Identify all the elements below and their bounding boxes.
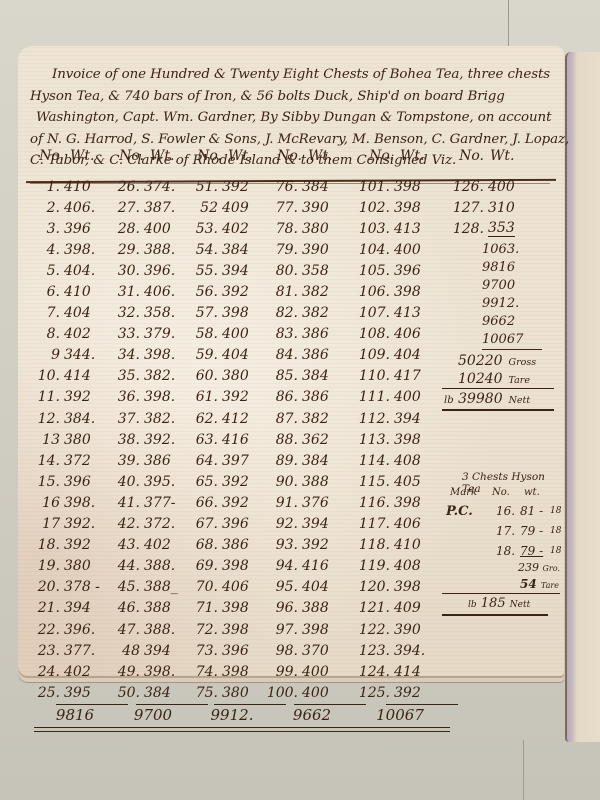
chest-weight: 412 [222,411,249,427]
chest-no: 6. [30,284,64,300]
column-header-wt: Wt. [308,148,332,172]
chest-no: 106. [350,284,394,300]
chest-weight: 409 [394,600,421,616]
column-header-wt: Wt. [228,148,252,172]
chest-no: 84. [266,347,302,363]
chest-weight: 400 [222,326,249,342]
chest-no: 82. [266,305,302,321]
chest-weight: 398 [222,600,249,616]
chest-no: 77. [266,200,302,216]
chest-weight: 377. [64,643,95,659]
chest-weight: 390 [302,242,329,258]
chest-no: 28. [106,221,144,237]
chest-weight: 406 [222,579,249,595]
lot-tare: 18 [550,526,561,536]
chest-no: 11. [30,389,64,405]
chest-no: 110. [350,368,394,384]
chest-weight: 358. [144,305,175,321]
chest-weight: 362 [302,432,329,448]
chest-no: 76. [266,179,302,195]
chest-weight: 410 [394,537,421,553]
chest-no: 1. [30,179,64,195]
chest-no: 36. [106,389,144,405]
chest-weight: 379. [144,326,175,342]
chest-weight: 392. [144,432,175,448]
chest-weight: 388_ [144,579,178,595]
chest-no: 127. [442,200,488,216]
column-header-wt: Wt. [400,148,424,172]
chest-weight: 398 [222,558,249,574]
chest-no: 35. [106,368,144,384]
chest-no: 21. [30,600,64,616]
chest-weight: 396. [64,622,95,638]
chest-no: 97. [266,622,302,638]
chest-no: 63. [186,432,222,448]
chest-no: 128. [442,221,488,237]
chest-weight: 382 [302,411,329,427]
chest-no: 85. [266,368,302,384]
subtotal: 9662 [482,313,562,331]
chest-weight: 398 [394,200,421,216]
table-row: 125.392 [350,682,458,703]
chest-no: 19. [30,558,64,574]
chest-weight: 392 [222,179,249,195]
lot-header-no: No. [484,487,524,501]
chest-weight: 358 [302,263,329,279]
chest-weight: 410 [64,179,91,195]
column-header-no: No. [30,148,70,172]
chest-weight: 398. [64,242,95,258]
lot-net-prefix: lb [468,600,477,610]
chest-weight: 406. [144,284,175,300]
chest-no: 8. [30,326,64,342]
chest-weight: 398 [222,664,249,680]
chest-no: 33. [106,326,144,342]
chest-no: 45. [106,579,144,595]
chest-weight: 394 [222,263,249,279]
chest-weight: 395 [64,685,91,701]
lot-tare-value: 54 [520,577,537,591]
chest-weight: 398. [144,347,175,363]
last-column-summary: No. Wt. 126.400 127.310 128.353 1063. 98… [442,148,562,411]
chest-weight: 392 [64,537,91,553]
column-total: 9912. [186,705,278,725]
chest-no: 114. [350,453,394,469]
chest-no: 7. [30,305,64,321]
chest-weight: 378 - [64,579,100,595]
chest-weight: 388. [144,622,175,638]
chest-no: 2. [30,200,64,216]
chest-weight: 376 [302,495,329,511]
chest-weight: 384 [302,368,329,384]
subtotal: 10067 [482,331,542,350]
chest-no: 64. [186,453,222,469]
chest-no: 98. [266,643,302,659]
heading-line: Invoice of one Hundred & Twenty Eight Ch… [30,64,558,86]
chest-weight: 400 [302,664,329,680]
chest-no: 32. [106,305,144,321]
table-row: 122.390 [350,619,458,640]
total-double-rule [354,727,450,732]
chest-weight: 396 [222,643,249,659]
chest-weight: 382 [302,284,329,300]
chest-no: 122. [350,622,394,638]
chest-weight: 392 [222,389,249,405]
chest-no: 15. [30,474,64,490]
net-label: Nett [509,395,531,406]
chest-no: 100. [266,685,302,701]
total-double-rule [190,727,278,732]
chest-no: 87. [266,411,302,427]
gross-label: Gross [509,357,537,368]
chest-weight: 408 [394,453,421,469]
chest-weight: 397 [222,453,249,469]
column-header-no: No. [106,148,150,172]
chest-weight: 388. [144,242,175,258]
chest-weight: 380 [222,685,249,701]
chest-weight: 398 [302,622,329,638]
chest-no: 58. [186,326,222,342]
chest-no: 109. [350,347,394,363]
chest-no: 12. [30,411,64,427]
chest-no: 46. [106,600,144,616]
chest-weight: 310 [488,200,515,216]
chest-weight: 394. [394,643,425,659]
subtotal: 1063. [482,241,562,259]
chest-no: 50. [106,685,144,701]
chest-no: 112. [350,411,394,427]
lot-gross-label: Gro. [543,564,560,573]
chest-no: 65. [186,474,222,490]
chest-weight: 398. [144,664,175,680]
chest-weight: 416 [302,558,329,574]
chest-no: 70. [186,579,222,595]
chest-no: 116. [350,495,394,511]
chest-weight: 398 [394,432,421,448]
chest-weight: 390 [302,200,329,216]
chest-no: 118. [350,537,394,553]
chest-weight: 392. [64,516,95,532]
lot-weight: 79 - [520,524,550,538]
chest-no: 74. [186,664,222,680]
lot-tare-label: Tare [541,581,559,590]
chest-weight: 394 [64,600,91,616]
lot-gross-value: 239 [518,561,539,574]
chest-weight: 388 [302,600,329,616]
table-row: 123.394. [350,640,458,661]
chest-no: 24. [30,664,64,680]
chest-no: 57. [186,305,222,321]
chest-no: 72. [186,622,222,638]
chest-no: 81. [266,284,302,300]
chest-no: 123. [350,643,394,659]
chest-weight: 396. [144,263,175,279]
chest-no: 5. [30,263,64,279]
chest-weight: 382. [144,411,175,427]
chest-no: 117. [350,516,394,532]
chest-weight: 396 [222,516,249,532]
chest-no: 90. [266,474,302,490]
chest-weight: 400 [394,242,421,258]
chest-no: 10. [30,368,64,384]
net-prefix: lb [444,395,454,406]
chest-no: 121. [350,600,394,616]
chest-no: 42. [106,516,144,532]
chest-weight: 396 [64,221,91,237]
chest-weight: 404 [302,579,329,595]
gross-value: 50220 [458,353,503,369]
lot-title: 3 Chests Hyson Tea [442,471,562,487]
chest-no: 69. [186,558,222,574]
chest-no: 83. [266,326,302,342]
chest-no: 16 [30,495,64,511]
chest-no: 13 [30,432,64,448]
chest-no: 37. [106,411,144,427]
chest-weight: 402 [64,664,91,680]
chest-no: 3. [30,221,64,237]
chest-weight: 395. [144,474,175,490]
chest-weight: 388 [302,474,329,490]
chest-no: 94. [266,558,302,574]
column-total: 9662 [266,705,358,725]
chest-no: 113. [350,432,394,448]
total-double-rule [270,727,358,732]
chest-weight: 386 [144,453,171,469]
chest-no: 41. [106,495,144,511]
chest-weight: 404 [222,347,249,363]
chest-weight: 380 [64,558,91,574]
chest-no: 99. [266,664,302,680]
chest-no: 54. [186,242,222,258]
chest-no: 29. [106,242,144,258]
lot-tare-total: 54 Tare [442,577,560,594]
chest-weight: 394 [394,411,421,427]
chest-no: 52 [186,200,222,216]
chest-no: 91. [266,495,302,511]
chest-no: 102. [350,200,394,216]
chest-weight: 384 [302,453,329,469]
chest-no: 126. [442,179,488,195]
chest-no: 27. [106,200,144,216]
table-row: 114.408 [350,450,458,471]
lot-net-label: Nett [510,600,530,610]
tare-value: 10240 [458,371,503,387]
chest-weight: 392 [394,685,421,701]
column-header-wt: Wt. [490,148,514,172]
column-header-wt: Wt. [70,148,94,172]
chest-no: 68. [186,537,222,553]
lot-header-mark: Mark [442,487,484,501]
chest-no: 125. [350,685,394,701]
chest-weight: 410 [64,284,91,300]
backdrop-crease [523,740,524,800]
chest-no: 40. [106,474,144,490]
chest-no: 51. [186,179,222,195]
adjacent-page-edge [565,52,600,742]
chest-no: 119. [350,558,394,574]
chest-weight: 392 [302,537,329,553]
chest-weight: 344. [64,347,95,363]
chest-weight: 382. [144,368,175,384]
chest-no: 78. [266,221,302,237]
chest-no: 93. [266,537,302,553]
chest-no: 22. [30,622,64,638]
chest-weight: 398 [222,305,249,321]
lot-net: lb 185 Nett [442,594,548,616]
column-header-wt: Wt. [150,148,174,172]
chest-weight: 408 [394,558,421,574]
net-value: 39980 [458,391,503,407]
subtotal: 9700 [482,277,562,295]
chest-weight: 413 [394,221,421,237]
chest-no: 31. [106,284,144,300]
chest-no: 124. [350,664,394,680]
lot-weight: 79 - [520,544,550,558]
net-total: lb 39980Nett [442,389,554,411]
gross-total: 50220Gross [442,352,562,370]
chest-no: 111. [350,389,394,405]
chest-no: 80. [266,263,302,279]
chest-no: 53. [186,221,222,237]
chest-no: 26. [106,179,144,195]
lot-tare: 18 [550,506,561,516]
chest-weight: 398 [394,284,421,300]
lot-row: 17.79 -18 [442,521,562,541]
chest-weight: 400 [488,179,515,195]
chest-weight: 396 [394,263,421,279]
chest-weight: 400 [394,389,421,405]
lot-gross: 239 Gro. [442,561,562,577]
chest-no: 104. [350,242,394,258]
chest-no: 39. [106,453,144,469]
chest-weight: 400 [144,221,171,237]
chest-weight: 413 [394,305,421,321]
column-header-no: No. [186,148,228,172]
lot-no: 16. [496,504,520,518]
chest-weight: 372. [144,516,175,532]
chest-no: 86. [266,389,302,405]
column-header-no: No. [442,148,490,172]
chest-weight: 390 [394,622,421,638]
chest-no: 101. [350,179,394,195]
table-row: 124.414 [350,661,458,682]
chest-no: 38. [106,432,144,448]
chest-no: 34. [106,347,144,363]
chest-weight: 386 [222,537,249,553]
chest-weight: 394 [144,643,171,659]
chest-weight: 406 [394,516,421,532]
chest-no: 55. [186,263,222,279]
chest-weight: 392 [222,284,249,300]
chest-weight: 402 [64,326,91,342]
chest-no: 71. [186,600,222,616]
chest-weight: 380 [64,432,91,448]
lot-header-wt: wt. [524,487,540,501]
chest-weight: 388 [144,600,171,616]
chest-weight: 417 [394,368,421,384]
chest-weight: 380 [302,221,329,237]
chest-weight: 416 [222,432,249,448]
chest-no: 89. [266,453,302,469]
chest-weight: 386 [302,326,329,342]
chest-no: 96. [266,600,302,616]
chest-weight: 396 [64,474,91,490]
chest-weight: 387. [144,200,175,216]
lot-net-value: 185 [481,596,506,611]
heading-line: Hyson Tea, & 740 bars of Iron, & 56 bolt… [30,86,558,108]
column-header-no: No. [266,148,308,172]
chest-weight: 398. [64,495,95,511]
chest-no: 95. [266,579,302,595]
chest-no: 20. [30,579,64,595]
chest-weight: 372 [64,453,91,469]
tare-total: 10240Tare [442,370,554,389]
chest-weight: 384 [144,685,171,701]
chest-no: 73. [186,643,222,659]
chest-weight: 414 [394,664,421,680]
subtotal: 9816 [482,259,562,277]
lot-no: 18. [496,544,520,558]
chest-no: 9 [30,347,64,363]
chest-weight: 398. [144,389,175,405]
chest-weight: 353 [488,220,515,237]
chest-no: 43. [106,537,144,553]
chest-no: 60. [186,368,222,384]
lot-tare: 18 [550,546,561,556]
chest-weight: 392 [64,389,91,405]
chest-weight: 414 [64,368,91,384]
chest-weight: 382 [302,305,329,321]
chest-weight: 398 [394,179,421,195]
chest-no: 14. [30,453,64,469]
chest-weight: 402 [144,537,171,553]
chest-no: 47. [106,622,144,638]
subtotal: 9912. [482,295,562,313]
chest-weight: 402 [222,221,249,237]
chest-no: 23. [30,643,64,659]
chest-no: 92. [266,516,302,532]
chest-no: 105. [350,263,394,279]
chest-weight: 406 [394,326,421,342]
chest-weight: 384 [302,179,329,195]
chest-weight: 384 [222,242,249,258]
chest-no: 18. [30,537,64,553]
chest-weight: 394 [302,516,329,532]
hyson-tea-lot: 3 Chests Hyson Tea Mark No. wt. P.C.16.8… [442,471,562,616]
chest-weight: 398 [394,495,421,511]
lot-header: Mark No. wt. [442,487,562,501]
chest-no: 120. [350,579,394,595]
chest-weight: 386 [302,389,329,405]
lot-mark: P.C. [442,504,496,519]
chest-weight: 398 [394,579,421,595]
chest-no: 75. [186,685,222,701]
chest-weight: 370 [302,643,329,659]
chest-weight: 404 [394,347,421,363]
chest-no: 62. [186,411,222,427]
chest-no: 30. [106,263,144,279]
chest-no: 79. [266,242,302,258]
column-header-no: No. [350,148,400,172]
chest-no: 103. [350,221,394,237]
chest-no: 17 [30,516,64,532]
chest-no: 115. [350,474,394,490]
chest-no: 59. [186,347,222,363]
chest-no: 67. [186,516,222,532]
chest-weight: 386 [302,347,329,363]
table-row: 113.398 [350,429,458,450]
chest-no: 56. [186,284,222,300]
